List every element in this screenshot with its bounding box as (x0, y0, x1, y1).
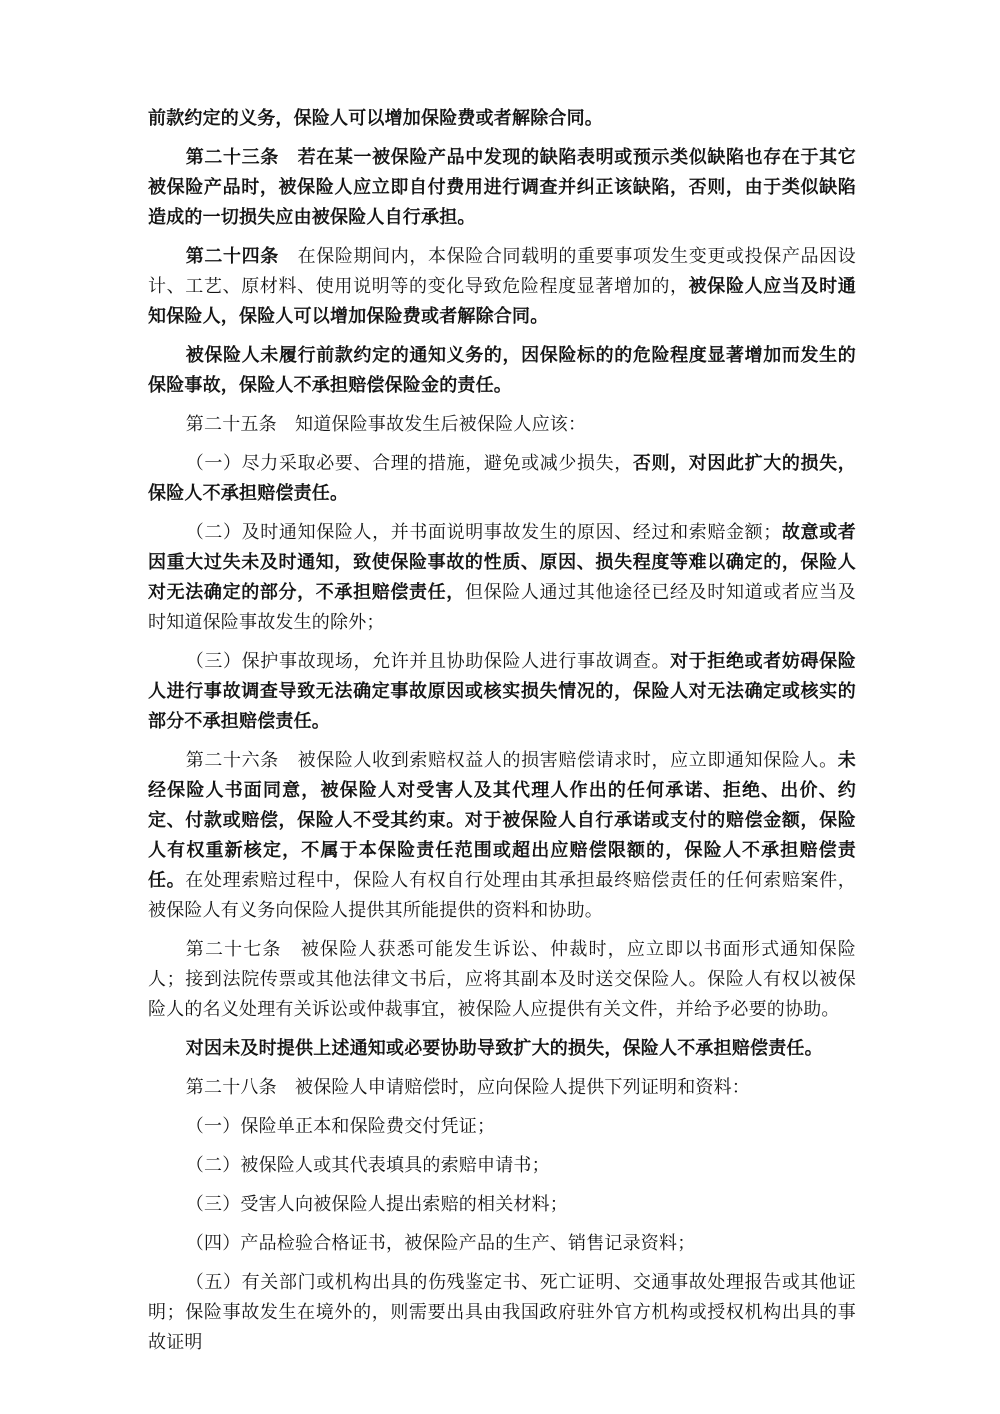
paragraph: （二）及时通知保险人，并书面说明事故发生的原因、经过和索赔金额；故意或者因重大过… (148, 517, 856, 637)
text-segment: 第二十七条 被保险人获悉可能发生诉讼、仲裁时，应立即以书面形式通知保险人；接到法… (148, 939, 856, 1019)
paragraph: （五）有关部门或机构出具的伤残鉴定书、死亡证明、交通事故处理报告或其他证明；保险… (148, 1267, 856, 1357)
paragraph: （二）被保险人或其代表填具的索赔申请书； (148, 1150, 856, 1180)
document-body: 前款约定的义务，保险人可以增加保险费或者解除合同。第二十三条 若在某一被保险产品… (148, 103, 856, 1357)
text-segment: （三）受害人向被保险人提出索赔的相关材料； (186, 1194, 568, 1214)
paragraph: 前款约定的义务，保险人可以增加保险费或者解除合同。 (148, 103, 856, 133)
text-segment: （二）被保险人或其代表填具的索赔申请书； (186, 1155, 550, 1175)
bold-text-segment: 对因未及时提供上述通知或必要协助导致扩大的损失，保险人不承担赔偿责任。 (186, 1038, 823, 1058)
paragraph: 第二十七条 被保险人获悉可能发生诉讼、仲裁时，应立即以书面形式通知保险人；接到法… (148, 934, 856, 1024)
paragraph: 第二十五条 知道保险事故发生后被保险人应该： (148, 409, 856, 439)
paragraph: 被保险人未履行前款约定的通知义务的，因保险标的的危险程度显著增加而发生的保险事故… (148, 340, 856, 400)
paragraph: 第二十六条 被保险人收到索赔权益人的损害赔偿请求时，应立即通知保险人。未经保险人… (148, 745, 856, 925)
paragraph: 第二十四条 在保险期间内，本保险合同载明的重要事项发生变更或投保产品因设计、工艺… (148, 241, 856, 331)
paragraph: 第二十三条 若在某一被保险产品中发现的缺陷表明或预示类似缺陷也存在于其它被保险产… (148, 142, 856, 232)
text-segment: （二）及时通知保险人，并书面说明事故发生的原因、经过和索赔金额； (186, 522, 782, 542)
text-segment: （五）有关部门或机构出具的伤残鉴定书、死亡证明、交通事故处理报告或其他证明；保险… (148, 1272, 856, 1352)
text-segment: 第二十八条 被保险人申请赔偿时，应向保险人提供下列证明和资料： (186, 1077, 750, 1097)
bold-text-segment: 前款约定的义务，保险人可以增加保险费或者解除合同。 (148, 108, 603, 128)
paragraph: 对因未及时提供上述通知或必要协助导致扩大的损失，保险人不承担赔偿责任。 (148, 1033, 856, 1063)
text-segment: 第二十五条 知道保险事故发生后被保险人应该： (186, 414, 586, 434)
text-segment: 第二十六条 被保险人收到索赔权益人的损害赔偿请求时，应立即通知保险人。 (186, 750, 838, 770)
bold-text-segment: 第二十三条 若在某一被保险产品中发现的缺陷表明或预示类似缺陷也存在于其它被保险产… (148, 147, 856, 227)
text-segment: （三）保护事故现场，允许并且协助保险人进行事故调查。 (186, 651, 670, 671)
text-segment: （四）产品检验合格证书，被保险产品的生产、销售记录资料； (186, 1233, 696, 1253)
text-segment: （一）尽力采取必要、合理的措施，避免或减少损失， (186, 453, 633, 473)
bold-text-segment: 被保险人未履行前款约定的通知义务的，因保险标的的危险程度显著增加而发生的保险事故… (148, 345, 856, 395)
paragraph: （三）保护事故现场，允许并且协助保险人进行事故调查。对于拒绝或者妨碍保险人进行事… (148, 646, 856, 736)
paragraph: （三）受害人向被保险人提出索赔的相关材料； (148, 1189, 856, 1219)
paragraph: （四）产品检验合格证书，被保险产品的生产、销售记录资料； (148, 1228, 856, 1258)
paragraph: （一）保险单正本和保险费交付凭证； (148, 1111, 856, 1141)
paragraph: 第二十八条 被保险人申请赔偿时，应向保险人提供下列证明和资料： (148, 1072, 856, 1102)
paragraph: （一）尽力采取必要、合理的措施，避免或减少损失，否则，对因此扩大的损失，保险人不… (148, 448, 856, 508)
bold-text-segment: 第二十四条 (186, 246, 279, 266)
document-page: 前款约定的义务，保险人可以增加保险费或者解除合同。第二十三条 若在某一被保险产品… (0, 0, 1000, 1414)
bold-text-segment: 未经保险人书面同意，被保险人对受害人及其代理人作出的任何承诺、拒绝、出价、约定、… (148, 750, 856, 890)
text-segment: （一）保险单正本和保险费交付凭证； (186, 1116, 495, 1136)
text-segment: 在处理索赔过程中，保险人有权自行处理由其承担最终赔偿责任的任何索赔案件，被保险人… (148, 870, 856, 920)
